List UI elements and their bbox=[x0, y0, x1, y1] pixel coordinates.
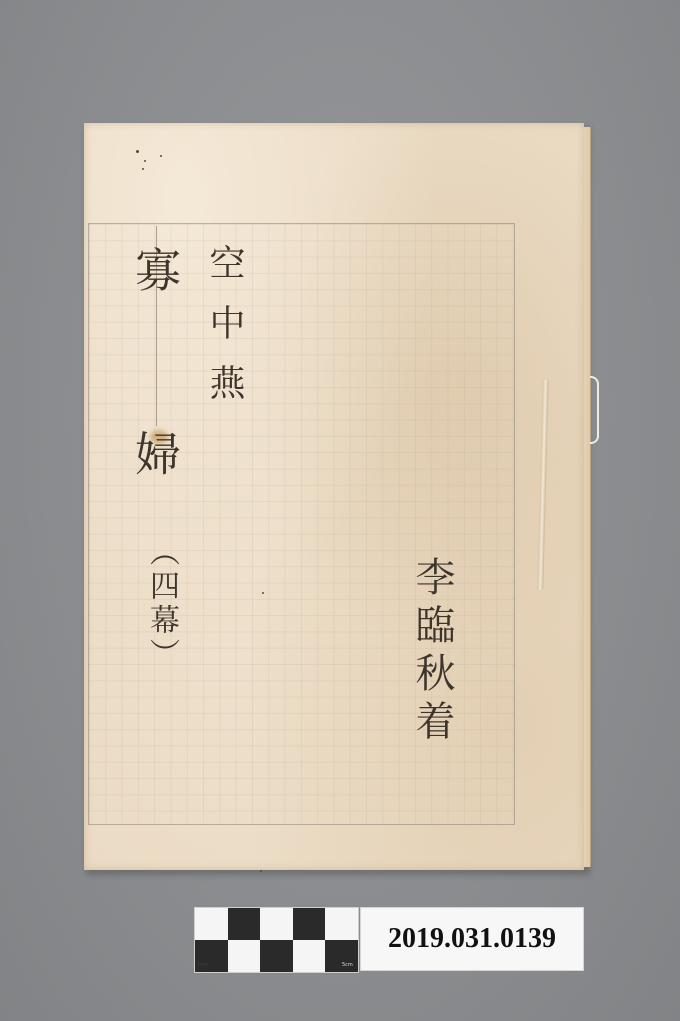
accession-number-label: 2019.031.0139 bbox=[360, 907, 584, 971]
play-subtitle: 空中燕 bbox=[206, 244, 242, 424]
acts-note: （四幕） bbox=[146, 536, 176, 672]
scale-label-left: 1cm bbox=[197, 962, 208, 968]
scale-label-right: 5cm bbox=[342, 962, 353, 968]
binding-string bbox=[590, 376, 599, 444]
author-credit: 李臨秋着 bbox=[412, 556, 452, 748]
color-scale-bar bbox=[194, 907, 359, 973]
